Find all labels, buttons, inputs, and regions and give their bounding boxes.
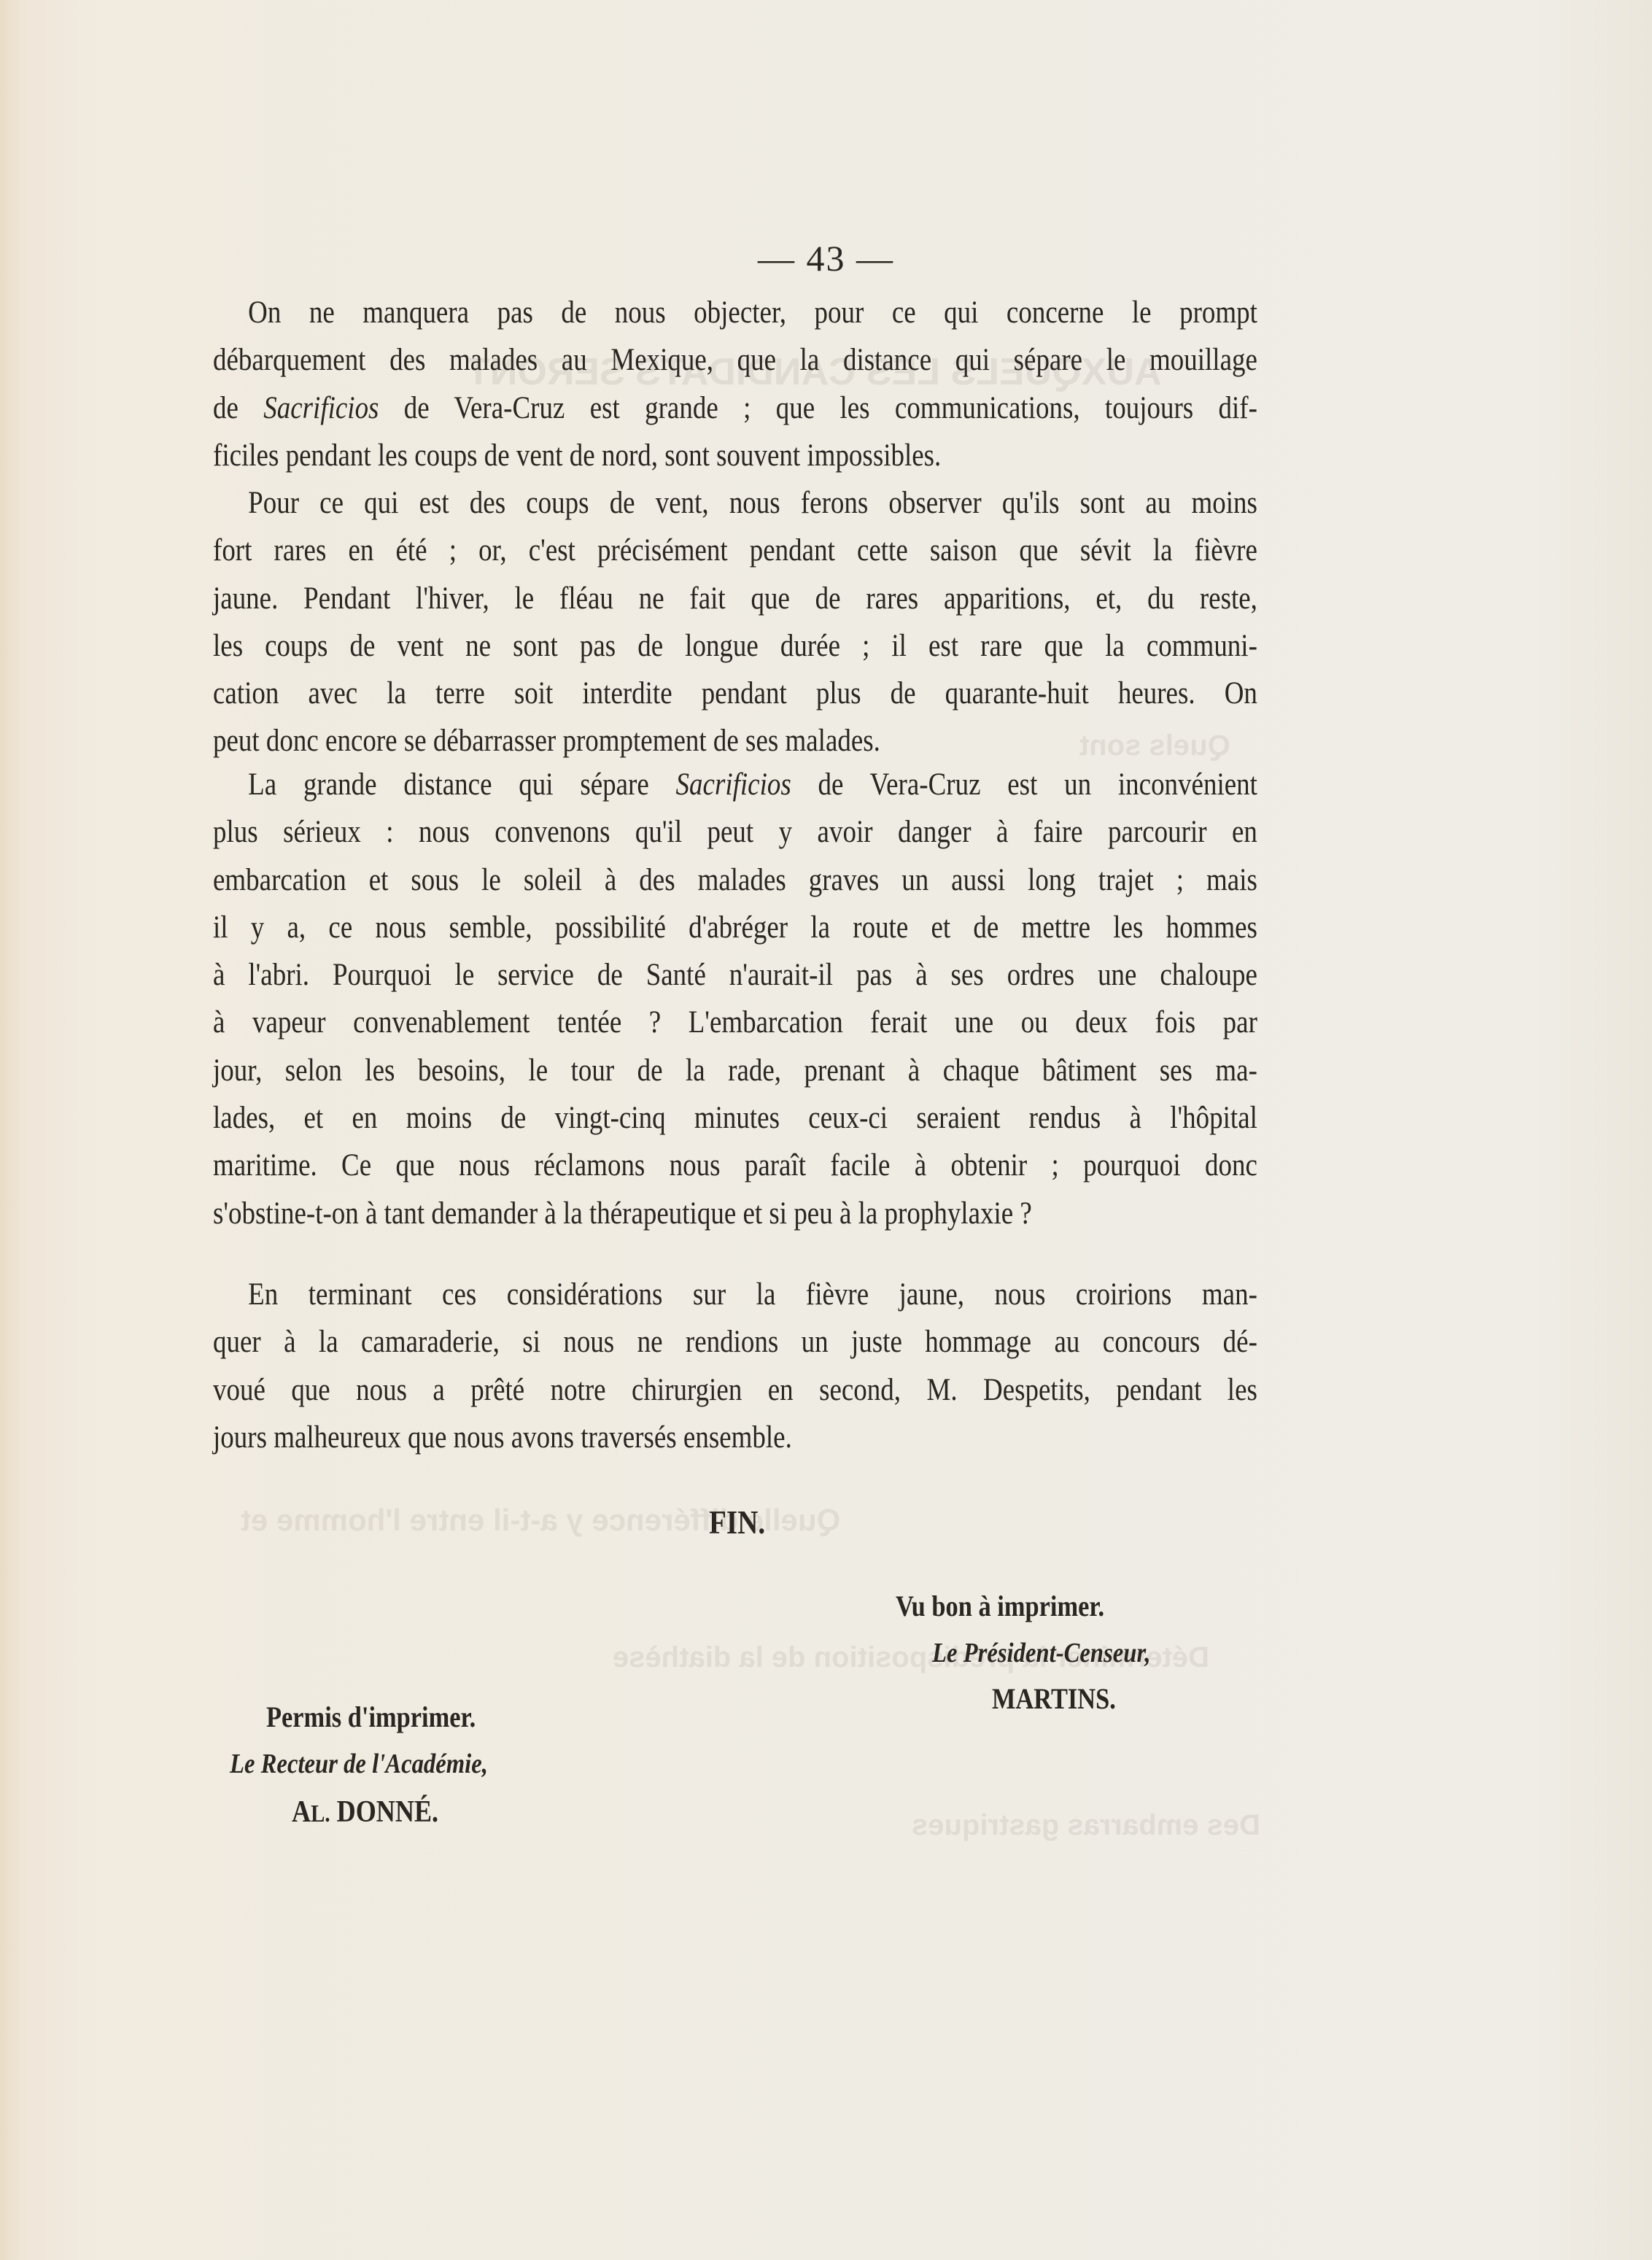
text-line: jaune. Pendant l'hiver, le fléau ne fait… <box>213 575 1257 622</box>
paragraph: En terminant ces considérations sur la f… <box>213 1271 1112 1461</box>
italic-place-name: Sacrificios <box>263 391 379 425</box>
text-line: s'obstine-t-on à tant demander à la thér… <box>213 1190 1257 1237</box>
page-number: — 43 — <box>0 237 1652 279</box>
italic-place-name: Sacrificios <box>676 767 791 802</box>
text-line: embarcation et sous le soleil à des mala… <box>213 856 1257 904</box>
text-line: ficiles pendant les coups de vent de nor… <box>213 432 1257 479</box>
approval-president-title: Le Président-Censeur, <box>932 1637 1151 1669</box>
text-line: fort rares en été ; or, c'est précisémen… <box>213 527 1257 574</box>
text-line: lades, et en moins de vingt-cinq minutes… <box>213 1094 1257 1142</box>
text-line: Pour ce qui est des coups de vent, nous … <box>213 479 1257 527</box>
approval-print-ok: Vu bon à imprimer. <box>896 1589 1104 1623</box>
text-line: débarquement des malades au Mexique, que… <box>213 336 1257 384</box>
text-line: voué que nous a prêté notre chirurgien e… <box>213 1366 1257 1414</box>
text-line: jours malheureux que nous avons traversé… <box>213 1414 1257 1461</box>
paragraph: La grande distance qui sépare Sacrificio… <box>213 761 1112 1237</box>
text-line: il y a, ce nous semble, possibilité d'ab… <box>213 904 1257 951</box>
paragraph-lines: En terminant ces considérations sur la f… <box>213 1271 1257 1461</box>
name-initial-smallcaps: L. <box>311 1800 330 1827</box>
approval-president-name: MARTINS. <box>992 1682 1116 1716</box>
end-mark: FIN. <box>709 1503 765 1541</box>
text-line: maritime. Ce que nous réclamons nous par… <box>213 1142 1257 1189</box>
text-line: les coups de vent ne sont pas de longue … <box>213 622 1257 670</box>
text-line: de Sacrificios de Vera-Cruz est grande ;… <box>213 384 1257 432</box>
text-line: La grande distance qui sépare Sacrificio… <box>213 761 1257 808</box>
approval-rector-title: Le Recteur de l'Académie, <box>230 1748 488 1780</box>
text-line: En terminant ces considérations sur la f… <box>213 1271 1257 1318</box>
text-line: à l'abri. Pourquoi le service de Santé n… <box>213 951 1257 999</box>
paragraph-lines: On ne manquera pas de nous objecter, pou… <box>213 289 1257 479</box>
document-page: AUXQUELS LES CANDIDATS SERONT Quels sont… <box>0 0 1652 2260</box>
paragraph-lines: La grande distance qui sépare Sacrificio… <box>213 761 1257 1237</box>
paragraph: Pour ce qui est des coups de vent, nous … <box>213 479 1112 765</box>
text-line: jour, selon les besoins, le tour de la r… <box>213 1047 1257 1094</box>
text-line: cation avec la terre soit interdite pend… <box>213 670 1257 717</box>
paragraph: On ne manquera pas de nous objecter, pou… <box>213 289 1112 479</box>
text-line: à vapeur convenablement tentée ? L'embar… <box>213 999 1257 1046</box>
text-line: On ne manquera pas de nous objecter, pou… <box>213 289 1257 336</box>
bleed-through-text: Des embarras gastriques <box>912 1809 1260 1842</box>
text-line: peut donc encore se débarrasser promptem… <box>213 717 1257 765</box>
text-line: plus sérieux : nous convenons qu'il peut… <box>213 808 1257 856</box>
name-surname: DONNÉ. <box>330 1795 439 1829</box>
text-line: quer à la camaraderie, si nous ne rendio… <box>213 1318 1257 1366</box>
approval-permit: Permis d'imprimer. <box>266 1700 476 1734</box>
name-initial: A <box>292 1795 311 1829</box>
paragraph-lines: Pour ce qui est des coups de vent, nous … <box>213 479 1257 765</box>
approval-rector-name: AL. DONNÉ. <box>292 1795 438 1830</box>
